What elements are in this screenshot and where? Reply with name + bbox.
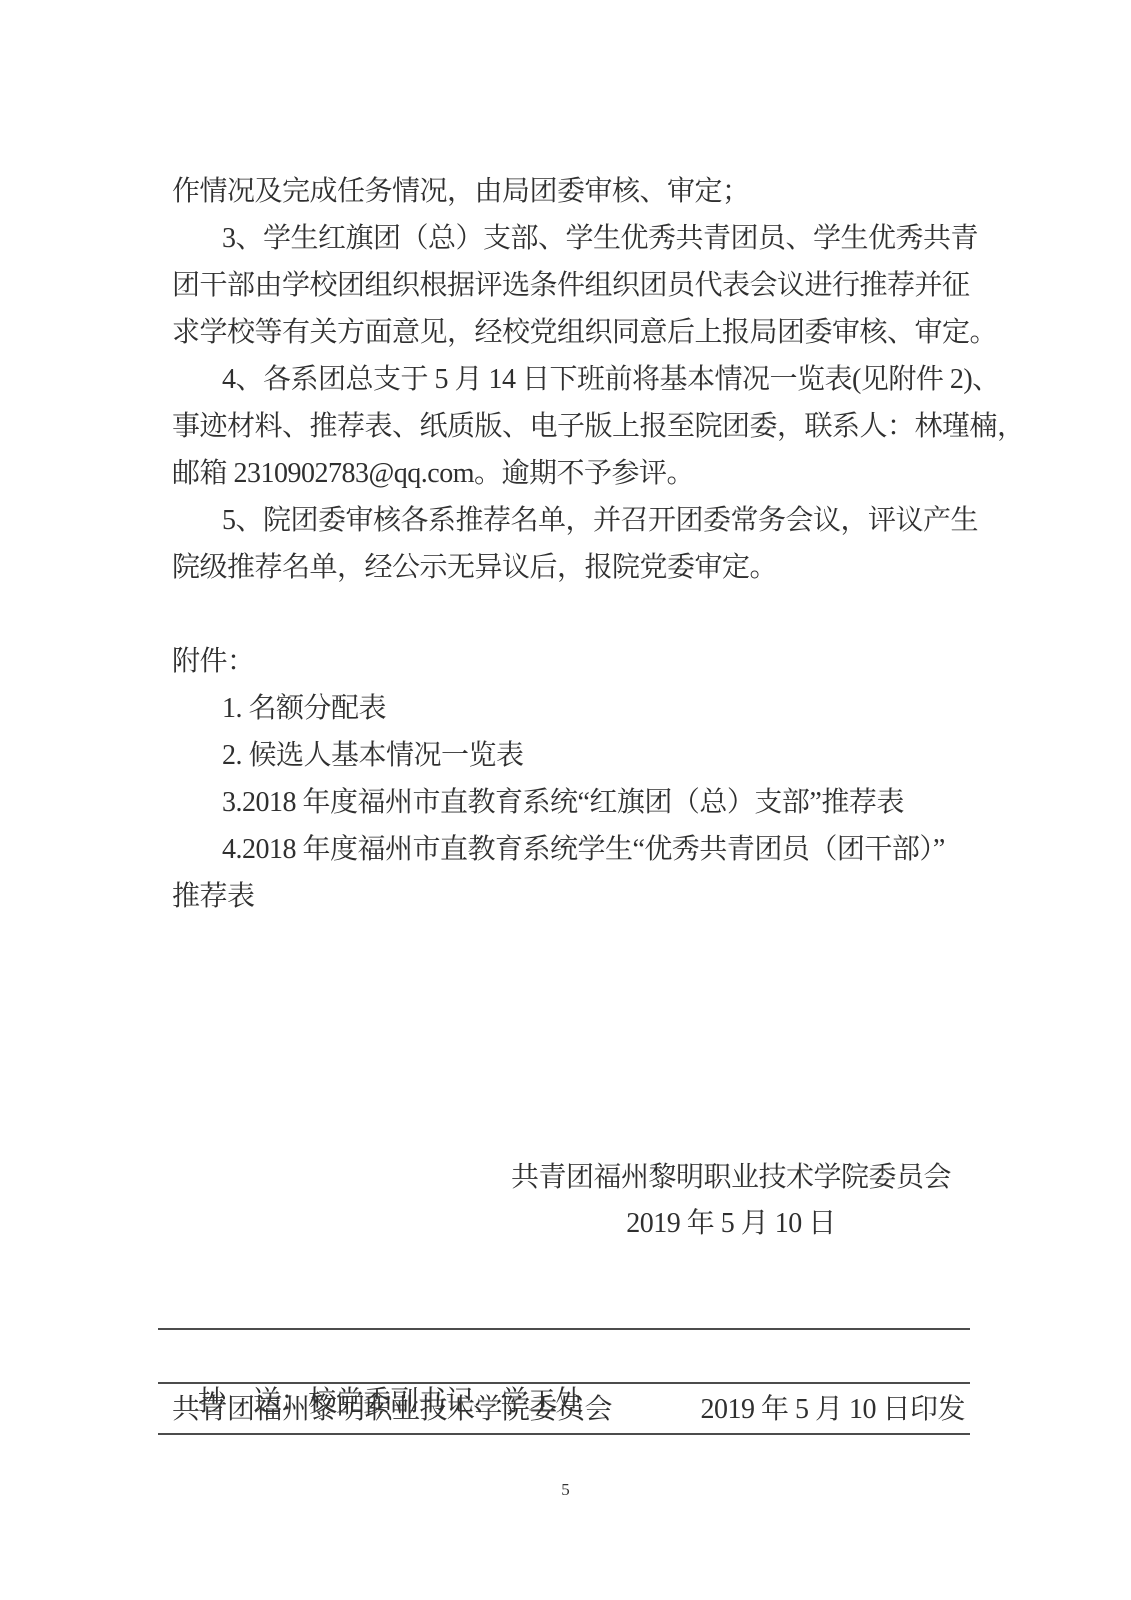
signature-date: 2019 年 5 月 10 日 bbox=[431, 1201, 1031, 1247]
footer-issuer-row: 共青团福州黎明职业技术学院委员会 2019 年 5 月 10 日印发 bbox=[172, 1387, 965, 1433]
body-line: 5、院团委审核各系推荐名单，并召开团委常务会议，评议产生 bbox=[172, 497, 972, 544]
body-line: 事迹材料、推荐表、纸质版、电子版上报至院团委，联系人：林瑾楠， bbox=[172, 403, 972, 450]
page-number: 5 bbox=[0, 1480, 1131, 1500]
body-line: 院级推荐名单，经公示无异议后，报院党委审定。 bbox=[172, 544, 972, 591]
signature-block: 共青团福州黎明职业技术学院委员会 2019 年 5 月 10 日 bbox=[431, 1155, 1031, 1247]
signature-org: 共青团福州黎明职业技术学院委员会 bbox=[431, 1155, 1031, 1201]
footer-cc-row: 抄 送：校党委副书记、学工处 bbox=[172, 1333, 965, 1379]
body-line: 邮箱 2310902783@qq.com。逾期不予参评。 bbox=[172, 450, 972, 497]
body-line: 团干部由学校团组织根据评选条件组织团员代表会议进行推荐并征 bbox=[172, 262, 972, 309]
footer-divider-bottom bbox=[158, 1433, 970, 1435]
body-line: 推荐表 bbox=[172, 873, 972, 920]
body-line: 求学校等有关方面意见，经校党组织同意后上报局团委审核、审定。 bbox=[172, 309, 972, 356]
body-line: 3.2018 年度福州市直教育系统“红旗团（总）支部”推荐表 bbox=[172, 779, 972, 826]
body-line: 4、各系团总支于 5 月 14 日下班前将基本情况一览表(见附件 2)、 bbox=[172, 356, 972, 403]
footer-divider-top bbox=[158, 1328, 970, 1330]
footer-issuer-text: 共青团福州黎明职业技术学院委员会 bbox=[172, 1387, 612, 1433]
footer-divider-middle bbox=[158, 1382, 970, 1384]
footer-print-date: 2019 年 5 月 10 日印发 bbox=[700, 1387, 965, 1433]
body-line: 2. 候选人基本情况一览表 bbox=[172, 732, 972, 779]
document-body: 作情况及完成任务情况，由局团委审核、审定；3、学生红旗团（总）支部、学生优秀共青… bbox=[172, 168, 972, 920]
body-line: 4.2018 年度福州市直教育系统学生“优秀共青团员（团干部）” bbox=[172, 826, 972, 873]
body-line: 附件： bbox=[172, 638, 972, 685]
body-line: 作情况及完成任务情况，由局团委审核、审定； bbox=[172, 168, 972, 215]
body-line: 3、学生红旗团（总）支部、学生优秀共青团员、学生优秀共青 bbox=[172, 215, 972, 262]
document-page: 作情况及完成任务情况，由局团委审核、审定；3、学生红旗团（总）支部、学生优秀共青… bbox=[0, 0, 1131, 1600]
body-line bbox=[172, 591, 972, 638]
body-line: 1. 名额分配表 bbox=[172, 685, 972, 732]
